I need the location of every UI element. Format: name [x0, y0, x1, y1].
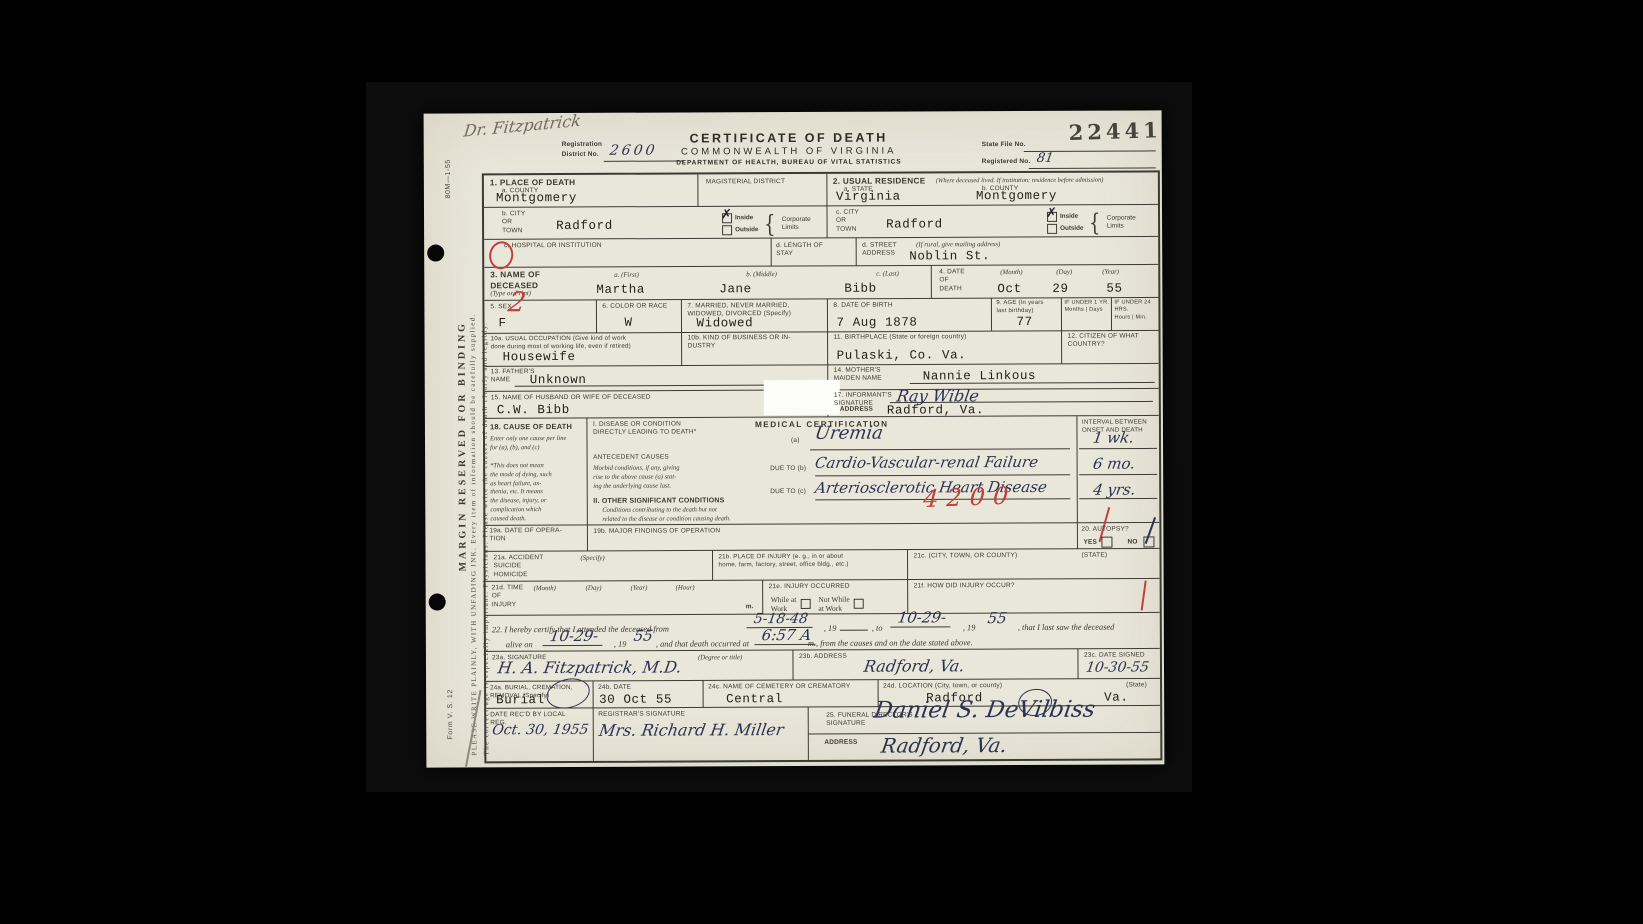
pencil-doctor-note: Dr. Fitzpatrick — [463, 111, 582, 141]
antecedent-causes-label: ANTECEDENT CAUSES — [593, 454, 669, 463]
sex-value: F — [498, 316, 506, 330]
while-at-work-label: While at Work — [771, 594, 797, 612]
mother-name-value: Nannie Linkous — [923, 369, 1036, 383]
registrar-signature-value: Mrs. Richard H. Miller — [598, 720, 785, 740]
department-line: DEPARTMENT OF HEALTH, BUREAU OF VITAL ST… — [649, 158, 929, 166]
brace-icon-2: { — [1089, 209, 1101, 237]
husband-wife-value: C.W. Bibb — [497, 403, 570, 417]
certify-text-2: , 19 — [824, 623, 837, 634]
outside-label-2: Outside — [1060, 225, 1083, 233]
major-findings-label: 19b. MAJOR FINDINGS OF OPERATION — [593, 527, 720, 536]
conditions-contributing-note: Conditions contributing to the death but… — [602, 506, 730, 524]
usual-residence-subtitle: (Where deceased lived. If institution: r… — [936, 177, 1104, 186]
date-of-death-title: 4. DATE OF DEATH — [939, 268, 965, 293]
cemetery-label: 24c. NAME OF CEMETERY OR CREMATORY — [708, 683, 850, 692]
street-address-value: Noblin St. — [909, 249, 990, 263]
middle-name-value: Jane — [719, 282, 751, 296]
not-while-at-work-checkbox — [854, 598, 864, 608]
certify-text-8: , and that death occurred at — [656, 638, 749, 650]
registered-no-label: Registered No. — [982, 158, 1031, 167]
death-day-label: (Day) — [1056, 268, 1072, 277]
due-to-b-label: DUE TO (b) — [770, 465, 806, 474]
registered-underline — [1029, 167, 1156, 169]
certify-text-4: , 19 — [963, 622, 976, 633]
marital-status-value: Widowed — [696, 316, 753, 330]
color-race-label: 6. COLOR OR RACE — [602, 303, 667, 312]
under-1yr-label: IF UNDER 1 YR. Months | Days — [1064, 300, 1109, 315]
corporate-limits-label-2: Corporate Limits — [1107, 215, 1136, 231]
certify-text-9: m., from the causes and on the date stat… — [808, 637, 973, 649]
injury-year-label: (Year) — [631, 584, 648, 593]
outside-label-1: Outside — [735, 226, 758, 234]
degree-or-title-label: (Degree or title) — [698, 653, 742, 662]
length-of-stay-label: d. LENGTH OF STAY — [776, 242, 823, 259]
cemetery-state-value: Va. — [1104, 691, 1128, 705]
birthplace-label: 11. BIRTHPLACE (State or foreign country… — [834, 333, 967, 342]
death-year-label: (Year) — [1102, 268, 1119, 277]
accident-suicide-homicide-label: 21a. ACCIDENT SUICIDE HOMICIDE — [494, 554, 544, 580]
while-at-work-checkbox — [800, 598, 810, 608]
inside-checkbox-2: ✗ — [1047, 212, 1057, 222]
city-town-label-1: b. CITY OR TOWN — [502, 210, 526, 235]
burial-value: Burial — [496, 693, 545, 707]
autopsy-label: 20. AUTOPSY? — [1081, 526, 1128, 535]
citizen-label: 12. CITIZEN OF WHAT COUNTRY? — [1068, 332, 1139, 349]
form-print-number: 80M—1-55 — [445, 159, 452, 198]
informant-address-value: Radford, Va. — [887, 403, 984, 417]
registration-label: Registration — [562, 141, 602, 150]
occupation-value: Housewife — [503, 350, 576, 364]
place-city-value: Radford — [556, 219, 613, 233]
father-name-value: Unknown — [530, 373, 587, 387]
punch-hole-top — [427, 245, 444, 262]
cause-b-value: Cardio-Vascular-renal Failure — [814, 453, 1040, 472]
outside-checkbox-2 — [1047, 224, 1057, 234]
residence-county-value: Montgomery — [976, 189, 1057, 203]
form-code: Form V. S. 12 — [447, 689, 454, 739]
interval-c-value: 4 yrs. — [1092, 481, 1137, 499]
attended-to-year: 55 — [986, 609, 1008, 627]
time-of-injury-label: 21d. TIME OF INJURY — [492, 584, 524, 609]
death-year-value: 55 — [1106, 282, 1122, 296]
cause-of-death-title: 18. CAUSE OF DEATH — [490, 422, 572, 432]
blank-line-1 — [840, 630, 868, 631]
morbid-conditions-note: Morbid conditions, if any, giving rise t… — [593, 464, 680, 491]
cause-a-value: Uremia — [813, 423, 884, 444]
cemetery-location-label: 24d. LOCATION (City, town, or county) — [883, 682, 1002, 691]
cemetery-state-label: (State) — [1126, 681, 1147, 690]
burial-date-value: 30 Oct 55 — [599, 693, 672, 707]
date-of-operation-label: 19a. DATE OF OPERA- TION — [489, 527, 562, 544]
margin-binding-note: MARGIN RESERVED FOR BINDING — [456, 321, 468, 571]
commonwealth-subtitle: COMMONWEALTH OF VIRGINIA — [649, 145, 929, 157]
inside-label-1: Inside — [735, 215, 753, 223]
city-town-label-2: c. CITY OR TOWN — [836, 209, 859, 234]
age-value: 77 — [1016, 315, 1032, 329]
margin-note-a: PLEASE WRITE PLAINLY, WITH UNFADING INK.… — [469, 313, 478, 755]
physician-address-value: Radford, Va. — [863, 656, 966, 675]
punch-hole-bottom — [429, 594, 446, 611]
scanned-death-certificate: { "scan": { "pencil_note": "Dr. Fitzpatr… — [0, 0, 1643, 924]
informant-address-label: ADDRESS — [840, 406, 873, 415]
injury-city-label: 21c. (CITY, TOWN, OR COUNTY) — [913, 552, 1017, 561]
attended-to-value: 10-29- — [890, 608, 953, 627]
burial-date-label: 24b. DATE — [598, 684, 631, 693]
registrar-signature-label: REGISTRAR'S SIGNATURE — [598, 710, 685, 719]
age-label: 9. AGE (In years last birthday) — [996, 300, 1043, 316]
cemetery-value: Central — [726, 692, 783, 706]
physician-address-label: 23b. ADDRESS — [799, 653, 847, 662]
district-no-value: 2600 — [609, 143, 659, 159]
corporate-limits-label-1: Corporate Limits — [782, 216, 811, 232]
industry-label: 10b. KIND OF BUSINESS OR IN- DUSTRY — [688, 334, 791, 351]
hospital-label: c. HOSPITAL OR INSTITUTION — [504, 242, 602, 251]
last-name-label: c. (Last) — [876, 270, 899, 279]
outside-checkbox-1 — [722, 225, 732, 235]
date-received-value: Oct. 30, 1955 — [491, 722, 590, 738]
accident-specify-label: (Specify) — [580, 554, 604, 563]
certificate-title: CERTIFICATE OF DEATH — [649, 130, 929, 145]
magisterial-district-label: MAGISTERIAL DISTRICT — [706, 178, 785, 187]
brace-icon-1: { — [764, 210, 776, 238]
residence-state-value: Virginia — [836, 190, 901, 204]
inside-label-2: Inside — [1060, 213, 1078, 221]
street-address-label: d. STREET ADDRESS — [862, 242, 897, 259]
middle-name-label: b. (Middle) — [746, 270, 777, 279]
inside-checkmark-1: ✗ — [721, 208, 732, 223]
injury-hour-label: (Hour) — [676, 583, 695, 592]
certificate-paper: 80M—1-55 Form V. S. 12 MARGIN RESERVED F… — [424, 110, 1165, 767]
birthplace-value: Pulaski, Co. Va. — [837, 348, 967, 363]
alive-on-value: 10-29- — [542, 627, 605, 646]
red-code-4200: 4200 — [922, 481, 1017, 513]
funeral-director-address-label: ADDRESS — [824, 739, 857, 748]
place-county-value: Montgomery — [496, 191, 577, 205]
funeral-director-signature: Daniel S. DeVilbiss — [872, 697, 1097, 724]
injury-state-label: (STATE) — [1081, 552, 1107, 561]
death-day-value: 29 — [1052, 282, 1068, 296]
funeral-director-address-value: Radford, Va. — [879, 733, 1008, 758]
certify-text-3: , to — [872, 623, 883, 634]
autopsy-yes-label: YES — [1083, 539, 1097, 547]
death-month-value: Oct — [997, 282, 1021, 296]
physician-signature-value: H. A. Fitzpatrick, M.D. — [497, 657, 683, 677]
not-while-at-work-label: Not While at Work — [818, 594, 849, 612]
disease-condition-label: I. DISEASE OR CONDITION DIRECTLY LEADING… — [593, 420, 697, 437]
date-signed-value: 10-30-55 — [1085, 659, 1150, 675]
death-month-label: (Month) — [1000, 268, 1022, 277]
injury-day-label: (Day) — [586, 584, 602, 593]
autopsy-yes-checkbox — [1101, 537, 1112, 548]
autopsy-no-label: NO — [1127, 539, 1137, 547]
due-to-c-label: DUE TO (c) — [770, 488, 806, 497]
mother-name-label: 14. MOTHER'S MAIDEN NAME — [834, 367, 882, 384]
inside-checkmark-2: ✗ — [1046, 206, 1057, 221]
date-of-birth-label: 8. DATE OF BIRTH — [833, 302, 892, 311]
how-did-injury-occur-label: 21f. HOW DID INJURY OCCUR? — [914, 582, 1015, 591]
certify-text-6: alive on — [506, 639, 533, 650]
injury-month-label: (Month) — [534, 584, 556, 593]
last-name-value: Bibb — [844, 282, 876, 296]
injury-occurred-label: 21e. INJURY OCCURRED — [769, 583, 850, 592]
interval-b-value: 6 mo. — [1092, 455, 1137, 473]
father-name-label: 13. FATHER'S NAME — [491, 368, 535, 385]
husband-wife-label: 15. NAME OF HUSBAND OR WIFE OF DECEASED — [491, 394, 651, 403]
inside-checkbox-1: ✗ — [722, 214, 732, 224]
cause-note-1: Enter only one cause per line for (a), (… — [490, 435, 566, 453]
registered-no-value: 81 — [1036, 151, 1055, 166]
under-24hr-label: IF UNDER 24 HRS. Hours | Min. — [1114, 299, 1158, 321]
cause-note-2: *This does not mean the mode of dying, s… — [490, 462, 552, 524]
interval-a-value: 1 wk. — [1092, 429, 1136, 447]
cause-a-label: (a) — [791, 437, 800, 445]
certify-text-7: , 19 — [614, 639, 627, 650]
first-name-value: Martha — [596, 283, 645, 297]
residence-city-value: Radford — [886, 217, 943, 231]
redaction-box — [764, 380, 840, 415]
state-file-number-stamp: 22441 — [1068, 117, 1162, 145]
date-of-birth-value: 7 Aug 1878 — [836, 315, 917, 329]
occupation-label: 10a. USUAL OCCUPATION (Give kind of work… — [491, 335, 631, 352]
certify-text-5: , that I last saw the deceased — [1018, 622, 1115, 634]
certificate-form: 1. PLACE OF DEATH a. COUNTY Montgomery M… — [482, 170, 1163, 763]
corporate-limits-group-1: ✗Inside Outside { Corporate Limits — [722, 210, 811, 238]
other-significant-conditions-label: II. OTHER SIGNIFICANT CONDITIONS — [593, 496, 724, 506]
corporate-limits-group-2: ✗Inside Outside { Corporate Limits — [1047, 209, 1136, 237]
first-name-label: a. (First) — [614, 271, 639, 280]
state-file-label: State File No. — [982, 141, 1026, 150]
color-race-value: W — [624, 316, 632, 330]
place-of-injury-label: 21b. PLACE OF INJURY (e. g., in or about… — [718, 553, 848, 570]
alive-on-year: 55 — [632, 627, 654, 645]
district-no-label: District No. — [562, 151, 599, 160]
